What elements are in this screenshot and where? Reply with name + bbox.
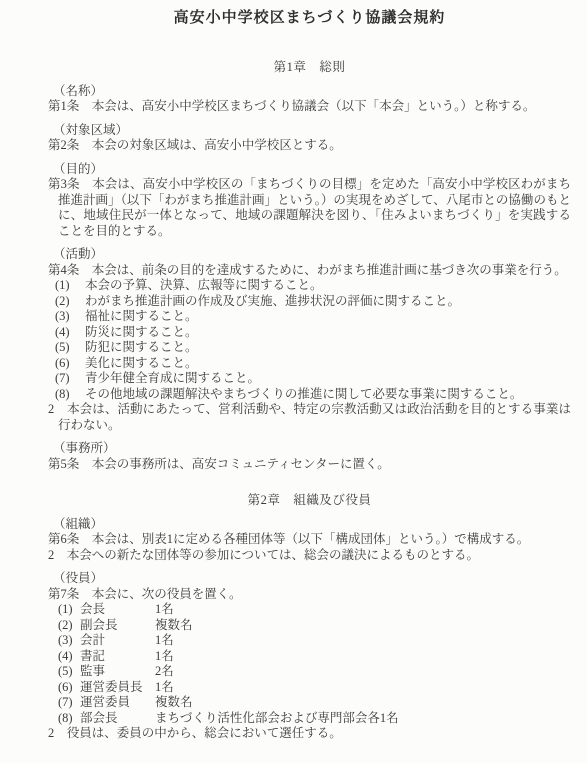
section-officers: （役員） 第7条 本会に、次の役員を置く。 (1) 会長 1名 (2) 副会長 … — [48, 571, 571, 742]
role-number: (7) — [58, 695, 80, 711]
role-number: (8) — [58, 711, 80, 727]
activity-item: (5) 防犯に関すること。 — [48, 340, 571, 356]
role-title: 運営委員長 — [80, 680, 155, 696]
role-number: (1) — [58, 602, 80, 618]
article-2: 第2条 本会の対象区域は、高安小中学校区とする。 — [48, 138, 571, 154]
role-count: 複数名 — [155, 695, 571, 711]
item-number: (4) — [55, 325, 85, 341]
role-title: 監事 — [80, 664, 155, 680]
item-text: 防犯に関すること。 — [85, 340, 571, 356]
article-4-clause-2: 2 本会は、活動にあたって、営利活動や、特定の宗教活動又は政治活動を目的とする事… — [48, 402, 571, 433]
item-number: (3) — [55, 309, 85, 325]
item-number: (5) — [55, 340, 85, 356]
officer-role-row: (6) 運営委員長 1名 — [48, 680, 571, 696]
item-text: 防災に関すること。 — [85, 325, 571, 341]
article-1: 第1条 本会は、高安小中学校区まちづくり協議会（以下「本会」という。）と称する。 — [48, 99, 571, 115]
section-organization: （組織） 第6条 本会は、別表1に定める各種団体等（以下「構成団体」という。）で… — [48, 517, 571, 564]
item-text: わがまち推進計画の作成及び実施、進捗状況の評価に関すること。 — [85, 294, 571, 310]
section-label: （対象区域） — [48, 123, 571, 139]
role-title: 会計 — [80, 633, 155, 649]
document-page: 高安小中学校区まちづくり協議会規約 第1章 総則 （名称） 第1条 本会は、高安… — [0, 0, 587, 763]
section-label: （事務所） — [48, 441, 571, 457]
section-area: （対象区域） 第2条 本会の対象区域は、高安小中学校区とする。 — [48, 123, 571, 154]
section-label: （活動） — [48, 247, 571, 263]
activity-item: (3) 福祉に関すること。 — [48, 309, 571, 325]
article-3: 第3条 本会は、高安小中学校区の「まちづくりの目標」を定めた「高安小中学校区わが… — [48, 177, 571, 239]
section-label: （名称） — [48, 84, 571, 100]
role-number: (6) — [58, 680, 80, 696]
article-6: 第6条 本会は、別表1に定める各種団体等（以下「構成団体」という。）で構成する。 — [48, 532, 571, 548]
role-number: (2) — [58, 618, 80, 634]
article-4: 第4条 本会は、前条の目的を達成するために、わがまち推進計画に基づき次の事業を行… — [48, 263, 571, 279]
role-title: 副会長 — [80, 618, 155, 634]
officer-role-row: (2) 副会長 複数名 — [48, 618, 571, 634]
document-title: 高安小中学校区まちづくり協議会規約 — [48, 8, 571, 28]
chapter-1-heading: 第1章 総則 — [48, 60, 571, 76]
section-purpose: （目的） 第3条 本会は、高安小中学校区の「まちづくりの目標」を定めた「高安小中… — [48, 162, 571, 240]
activity-item: (7) 青少年健全育成に関すること。 — [48, 371, 571, 387]
role-count: 1名 — [155, 602, 571, 618]
item-text: 青少年健全育成に関すること。 — [85, 371, 571, 387]
item-text: 福祉に関すること。 — [85, 309, 571, 325]
role-number: (5) — [58, 664, 80, 680]
role-title: 会長 — [80, 602, 155, 618]
article-5: 第5条 本会の事務所は、高安コミュニティセンターに置く。 — [48, 457, 571, 473]
article-7-clause-2: 2 役員は、委員の中から、総会において選任する。 — [48, 726, 571, 742]
item-number: (2) — [55, 294, 85, 310]
role-number: (4) — [58, 649, 80, 665]
role-count: 2名 — [155, 664, 571, 680]
item-number: (1) — [55, 278, 85, 294]
officer-role-row: (8) 部会長 まちづくり活性化部会および専門部会各1名 — [48, 711, 571, 727]
article-7: 第7条 本会に、次の役員を置く。 — [48, 587, 571, 603]
role-count: 1名 — [155, 633, 571, 649]
officer-role-row: (1) 会長 1名 — [48, 602, 571, 618]
item-text: 本会の予算、決算、広報等に関すること。 — [85, 278, 571, 294]
activity-item: (4) 防災に関すること。 — [48, 325, 571, 341]
section-label: （役員） — [48, 571, 571, 587]
officer-role-row: (4) 書記 1名 — [48, 649, 571, 665]
officer-role-row: (7) 運営委員 複数名 — [48, 695, 571, 711]
officer-role-row: (5) 監事 2名 — [48, 664, 571, 680]
chapter-2: 第2章 組織及び役員 （組織） 第6条 本会は、別表1に定める各種団体等（以下「… — [48, 493, 571, 742]
activity-item: (2) わがまち推進計画の作成及び実施、進捗状況の評価に関すること。 — [48, 294, 571, 310]
chapter-2-heading: 第2章 組織及び役員 — [48, 493, 571, 509]
section-activities: （活動） 第4条 本会は、前条の目的を達成するために、わがまち推進計画に基づき次… — [48, 247, 571, 433]
section-label: （組織） — [48, 517, 571, 533]
article-6-clause-2: 2 本会への新たな団体等の参加については、総会の議決によるものとする。 — [48, 548, 571, 564]
role-title: 書記 — [80, 649, 155, 665]
role-count: 1名 — [155, 649, 571, 665]
role-title: 運営委員 — [80, 695, 155, 711]
item-text: 美化に関すること。 — [85, 356, 571, 372]
item-text: その他地域の課題解決やまちづくりの推進に関して必要な事業に関すること。 — [85, 387, 571, 403]
item-number: (7) — [55, 371, 85, 387]
section-label: （目的） — [48, 162, 571, 178]
officer-role-row: (3) 会計 1名 — [48, 633, 571, 649]
role-count: 1名 — [155, 680, 571, 696]
role-number: (3) — [58, 633, 80, 649]
role-count: 複数名 — [155, 618, 571, 634]
role-count: まちづくり活性化部会および専門部会各1名 — [155, 711, 571, 727]
chapter-1: 第1章 総則 （名称） 第1条 本会は、高安小中学校区まちづくり協議会（以下「本… — [48, 60, 571, 472]
item-number: (8) — [55, 387, 85, 403]
section-office: （事務所） 第5条 本会の事務所は、高安コミュニティセンターに置く。 — [48, 441, 571, 472]
item-number: (6) — [55, 356, 85, 372]
section-name: （名称） 第1条 本会は、高安小中学校区まちづくり協議会（以下「本会」という。）… — [48, 84, 571, 115]
activity-item: (1) 本会の予算、決算、広報等に関すること。 — [48, 278, 571, 294]
activity-item: (6) 美化に関すること。 — [48, 356, 571, 372]
activity-item: (8) その他地域の課題解決やまちづくりの推進に関して必要な事業に関すること。 — [48, 387, 571, 403]
role-title: 部会長 — [80, 711, 155, 727]
